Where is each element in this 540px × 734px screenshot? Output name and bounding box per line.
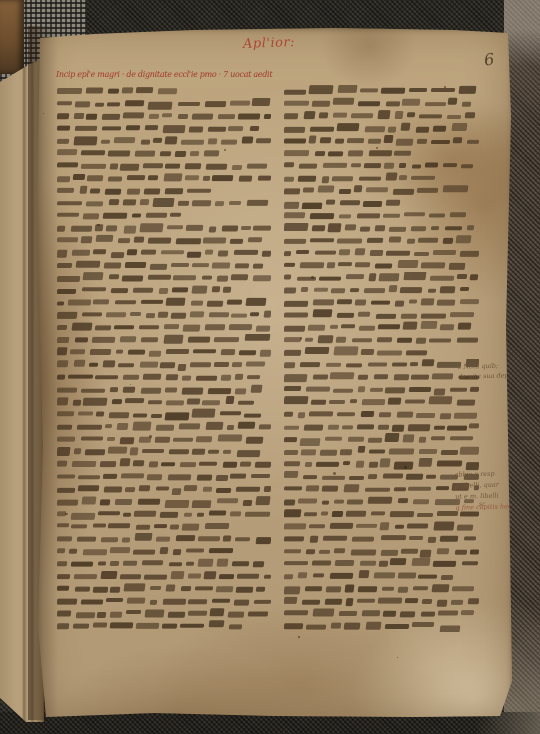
ink-stroke [57,101,72,105]
ink-stroke [123,561,137,566]
ink-stroke [304,425,324,431]
ink-stroke [397,573,416,579]
ink-stroke [68,299,91,305]
ink-stroke [172,438,193,442]
ink-stroke [148,101,173,109]
ink-stroke [359,89,377,93]
ink-stroke [150,600,158,605]
ink-stroke [176,535,195,541]
ink-stroke [122,537,131,542]
ink-stroke [411,374,430,379]
ink-stroke [326,586,342,592]
ink-stroke [284,138,306,143]
ink-stroke [421,359,434,366]
ink-stroke [141,337,159,342]
ink-stroke [208,511,225,516]
manuscript-text-line [284,122,479,134]
ink-stroke [378,273,399,281]
ink-stroke [130,312,142,316]
ink-stroke [99,499,110,505]
manuscript-text-line [284,483,479,495]
ink-stroke [244,512,269,517]
ink-stroke [407,523,429,528]
ink-stroke [122,200,136,206]
ink-stroke [355,248,365,255]
manuscript-text-line [284,458,479,470]
ink-stroke [235,537,251,541]
ink-stroke [322,475,346,479]
ink-stroke [86,201,103,206]
ink-stroke [351,163,362,167]
ink-stroke [57,536,72,541]
ink-stroke [114,137,136,143]
ink-stroke [313,608,335,616]
manuscript-text-line [57,520,271,532]
ink-stroke [334,500,344,504]
ink-stroke [404,272,428,281]
ink-stroke [299,262,323,268]
ink-stroke [458,323,472,330]
ink-stroke [297,573,307,579]
ink-stroke [393,487,405,491]
parchment-speck [130,384,131,385]
ink-stroke [235,587,253,593]
ink-stroke [173,276,197,281]
ink-stroke [144,188,161,194]
manuscript-text-line [284,160,479,172]
ink-stroke [170,525,180,530]
ink-stroke [134,511,157,517]
ink-stroke [366,622,382,630]
ink-stroke [120,164,140,171]
ink-stroke [358,326,375,331]
ink-stroke [110,587,121,593]
ink-stroke [186,252,201,258]
ink-stroke [284,212,305,218]
ink-stroke [191,409,215,418]
ink-stroke [186,225,204,231]
text-column-left [57,85,271,633]
ink-stroke [350,399,358,403]
ink-stroke [386,200,401,206]
ink-stroke [440,324,455,330]
ink-stroke [119,336,136,342]
ink-stroke [140,199,150,205]
ink-stroke [342,461,350,465]
ink-stroke [331,623,341,629]
ink-stroke [180,624,204,628]
ink-stroke [122,88,134,94]
ink-stroke [312,374,328,379]
ink-stroke [104,487,123,493]
ink-stroke [212,175,234,181]
ink-stroke [57,276,80,282]
ink-stroke [132,421,151,430]
ink-stroke [408,487,432,491]
manuscript-text-line [284,296,479,308]
ink-stroke [69,548,78,553]
ink-stroke [344,623,361,630]
ink-stroke [431,140,450,144]
ink-stroke [175,151,187,157]
ink-stroke [71,250,89,256]
manuscript-text-line [57,284,271,296]
ink-stroke [411,176,436,180]
ink-stroke [166,585,176,592]
manuscript-text-line [57,396,271,408]
ink-stroke [240,461,252,466]
ink-stroke [443,238,454,244]
ink-stroke [460,299,479,304]
manuscript-text-line [284,185,479,197]
ink-stroke [156,425,175,431]
ink-stroke [284,450,298,455]
ink-stroke [400,611,416,617]
ink-stroke [396,138,413,145]
ink-stroke [415,126,429,132]
ink-stroke [167,225,184,229]
ink-stroke [206,164,227,170]
ink-stroke [238,114,261,120]
manuscript-text-line [57,147,271,159]
manuscript-text-line [57,97,271,109]
ink-stroke [231,314,247,318]
ink-stroke [406,350,428,355]
ink-stroke [128,349,145,354]
ink-stroke [121,473,145,478]
ink-stroke [163,125,186,133]
ink-stroke [107,102,121,106]
ink-stroke [235,388,247,394]
manuscript-text-line [284,321,479,333]
ink-stroke [211,286,220,292]
ink-stroke [299,164,318,169]
ink-stroke [370,250,384,256]
ink-stroke [407,239,416,244]
ink-stroke [250,312,259,316]
manuscript-text-line [57,483,271,495]
ink-stroke [252,263,263,268]
ink-stroke [105,424,113,428]
ink-stroke [361,610,379,616]
ink-stroke [184,485,197,491]
ink-stroke [142,449,165,453]
ink-stroke [371,511,385,515]
ink-stroke [313,310,333,318]
ink-stroke [159,151,171,156]
ink-stroke [77,536,97,541]
ink-stroke [408,300,416,304]
ink-stroke [459,86,477,94]
ink-stroke [158,312,169,318]
ink-stroke [424,102,445,106]
ink-stroke [221,226,238,232]
ink-stroke [160,362,176,368]
ink-stroke [196,376,218,381]
ink-stroke [392,362,407,366]
ink-stroke [457,274,468,279]
ink-stroke [351,549,376,555]
ink-stroke [412,499,429,504]
ink-stroke [284,114,298,120]
ink-stroke [284,471,298,478]
ink-stroke [229,201,241,205]
ink-stroke [284,188,300,194]
manuscript-text-line [57,346,271,358]
ink-stroke [448,98,458,105]
manuscript-text-line [57,85,271,97]
ink-stroke [431,584,449,592]
manuscript-text-line [284,259,479,271]
ink-stroke [232,561,249,566]
manuscript-text-line [284,583,479,595]
ink-stroke [145,609,165,617]
ink-stroke [441,575,454,580]
manuscript-text-line [284,234,479,246]
ink-stroke [460,287,470,291]
ink-stroke [417,188,438,193]
manuscript-text-line [284,533,479,545]
ink-stroke [82,549,106,555]
ink-stroke [192,449,206,455]
ink-stroke [124,583,146,591]
ink-stroke [149,263,167,269]
ink-stroke [75,613,94,619]
ink-stroke [322,500,330,504]
ink-stroke [144,574,167,579]
ink-stroke [377,110,390,119]
ink-stroke [258,176,271,181]
manuscript-text-line [284,197,479,209]
ink-stroke [57,474,75,478]
ink-stroke [378,424,390,429]
ink-stroke [159,288,169,294]
ink-stroke [412,622,435,627]
ink-stroke [380,535,405,540]
ink-stroke [284,202,299,209]
ink-stroke [114,326,134,330]
ink-stroke [165,136,178,144]
ink-stroke [81,496,96,504]
ink-stroke [346,274,364,279]
ink-stroke [326,363,341,367]
ink-stroke [216,475,229,481]
ink-stroke [197,513,205,517]
manuscript-text-line [57,433,271,445]
ink-stroke [284,610,309,615]
ink-stroke [395,111,404,119]
ink-stroke [204,324,225,330]
ink-stroke [225,396,234,404]
ink-stroke [308,324,326,330]
ink-stroke [456,338,477,343]
ink-stroke [82,272,103,280]
ink-stroke [57,586,70,591]
ink-stroke [115,301,136,305]
ink-stroke [57,348,67,356]
ink-stroke [284,90,306,95]
ink-stroke [236,450,260,457]
ink-stroke [385,387,406,393]
ink-stroke [57,263,73,268]
ink-stroke [256,326,271,332]
ink-stroke [141,139,150,144]
ink-stroke [100,537,117,542]
ink-stroke [239,176,253,182]
manuscript-text-line [57,421,271,433]
ink-stroke [139,361,158,367]
ink-stroke [339,189,351,194]
ink-stroke [81,164,107,169]
ink-stroke [405,474,423,480]
ink-stroke [388,227,406,232]
ink-stroke [369,273,377,281]
ink-stroke [437,461,463,467]
manuscript-text-line [284,408,479,420]
ink-stroke [132,413,147,417]
ink-stroke [397,498,407,503]
ink-stroke [95,325,112,330]
ink-stroke [187,573,200,578]
ink-stroke [453,137,463,143]
ink-stroke [74,448,82,454]
ink-stroke [460,447,479,455]
ink-stroke [284,550,301,554]
ink-stroke [329,573,353,579]
ink-stroke [204,151,219,157]
ink-stroke [143,374,162,380]
ink-stroke [418,575,437,579]
ink-stroke [322,486,339,492]
ink-stroke [401,549,418,554]
ink-stroke [284,362,296,368]
manuscript-text-line [57,533,271,545]
ink-stroke [57,201,82,205]
ink-stroke [284,127,305,133]
ink-stroke [310,126,335,131]
ink-stroke [332,98,354,105]
ink-stroke [57,388,77,393]
ink-stroke [398,163,406,168]
ink-stroke [394,525,403,529]
ink-stroke [309,136,317,144]
ink-stroke [310,535,319,542]
ink-stroke [320,137,332,143]
ink-stroke [383,474,403,479]
ink-stroke [199,462,217,466]
text-column-right [284,85,479,633]
ink-stroke [312,561,332,566]
ink-stroke [73,360,85,367]
ink-stroke [330,523,354,529]
ink-stroke [436,599,447,606]
ink-stroke [244,413,261,417]
ink-stroke [400,314,416,319]
ink-stroke [108,199,119,205]
ink-stroke [419,458,433,466]
ink-stroke [349,288,359,292]
ink-stroke [140,223,164,232]
ink-stroke [256,537,271,544]
ink-stroke [129,447,138,455]
ink-stroke [351,114,373,119]
ink-stroke [165,164,181,169]
ink-stroke [340,325,355,329]
ink-stroke [369,449,385,453]
ink-stroke [377,325,399,330]
ink-stroke [357,386,365,392]
ink-stroke [381,88,405,94]
ink-stroke [384,135,394,143]
ink-stroke [247,375,261,379]
ink-stroke [328,424,340,429]
ink-stroke [101,114,120,120]
ink-stroke [111,252,125,258]
ink-stroke [389,237,402,243]
ink-stroke [428,289,436,293]
ink-stroke [222,287,231,293]
ink-stroke [57,548,65,553]
ink-stroke [80,236,92,243]
ink-stroke [97,561,105,565]
ink-stroke [309,412,334,417]
ink-stroke [334,347,359,356]
manuscript-text-line [57,321,271,333]
ink-stroke [404,213,425,217]
ink-stroke [442,163,456,167]
ink-stroke [255,587,265,592]
ink-stroke [284,586,300,594]
ink-stroke [318,335,334,343]
ink-stroke [304,586,322,591]
ink-stroke [451,600,463,605]
ink-stroke [90,188,101,193]
ink-stroke [439,414,450,420]
ink-stroke [335,139,345,144]
manuscript-text-line [57,222,271,234]
manuscript-text-line [284,85,479,97]
ink-stroke [123,513,132,517]
ink-stroke [343,484,359,492]
manuscript-text-line [284,508,479,520]
ink-stroke [318,186,335,193]
ink-stroke [346,363,363,367]
ink-stroke [404,400,425,404]
manuscript-text-line [284,471,479,483]
ink-stroke [448,263,465,270]
ink-stroke [310,213,334,219]
ink-stroke [409,536,423,540]
ink-stroke [373,573,394,579]
folio-number: 6 [483,49,496,69]
ink-stroke [388,285,396,292]
ink-stroke [132,461,144,467]
ink-stroke [197,475,213,481]
ink-stroke [397,411,414,417]
ink-stroke [202,487,212,492]
ink-stroke [133,287,154,292]
ink-stroke [358,312,370,317]
ink-stroke [249,126,258,131]
ink-stroke [469,424,479,429]
ink-stroke [82,312,103,316]
ink-stroke [116,423,128,430]
ink-stroke [120,459,131,467]
ink-stroke [284,536,305,541]
ink-stroke [378,598,403,604]
ink-stroke [191,200,211,206]
ink-stroke [469,550,479,555]
